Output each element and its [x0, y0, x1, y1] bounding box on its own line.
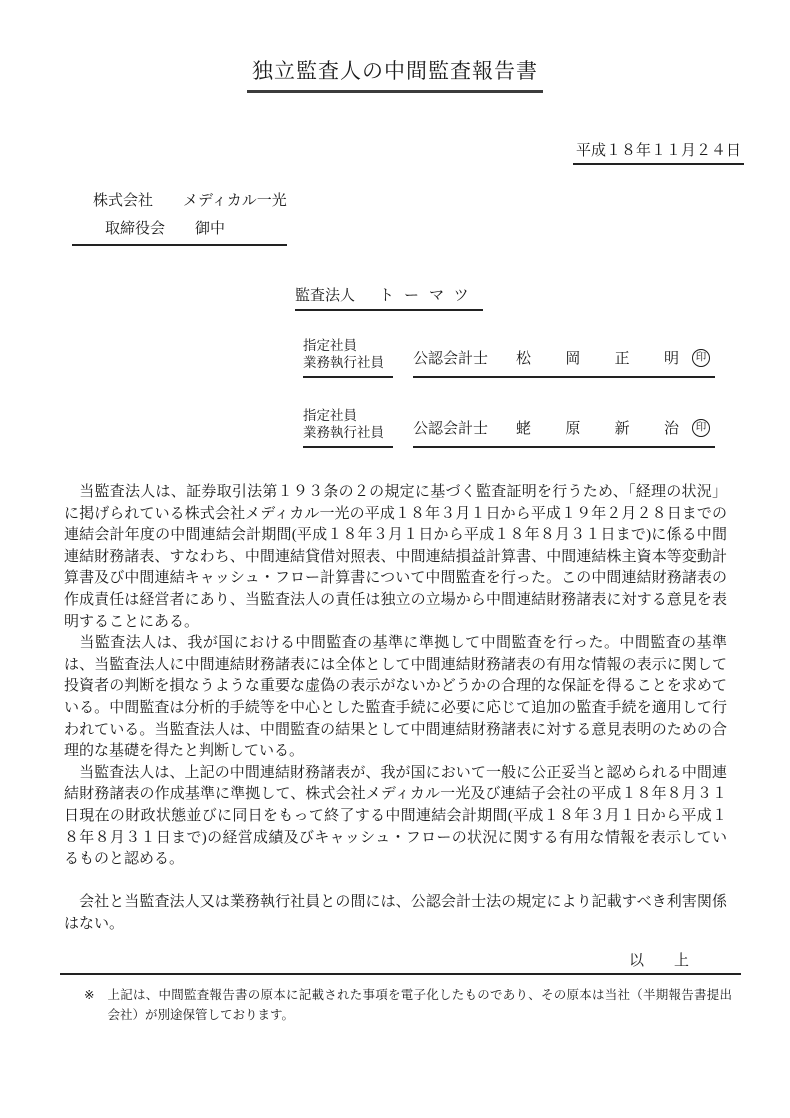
body-paragraph-3: 当監査法人は、上記の中間連結財務諸表が、我が国において一般に公正妥当と認められる…: [64, 763, 727, 871]
addressee-company: 株式会社 メディカル一光: [72, 189, 287, 210]
name-char: 原: [565, 417, 580, 438]
body-paragraph-2: 当監査法人は、我が国における中間監査の基準に準拠して中間監査を行った。中間監査の…: [64, 633, 727, 763]
signatory-role-line2: 業務執行社員: [303, 424, 393, 441]
signatory-role-line2: 業務執行社員: [303, 354, 393, 371]
title-container: 独立監査人の中間監査報告書: [0, 0, 790, 93]
audit-firm-label: 監査法人: [295, 288, 355, 304]
name-char: 正: [615, 347, 630, 368]
addressee-recipient: 取締役会 御中: [72, 217, 287, 238]
name-char: 明: [664, 347, 679, 368]
report-title: 独立監査人の中間監査報告書: [247, 55, 543, 93]
report-body: 当監査法人は、証券取引法第１９３条の２の規定に基づく監査証明を行うため、「経理の…: [64, 482, 727, 935]
audit-firm-container: 監査法人トーマツ: [295, 284, 790, 311]
name-char: 松: [516, 347, 531, 368]
footnote-text: 上記は、中間監査報告書の原本に記載された事項を電子化したものであり、その原本は当…: [107, 986, 732, 1025]
body-paragraph-4: 会社と当監査法人又は業務執行社員との間には、公認会計士法の規定により記載すべき利…: [64, 892, 727, 935]
signatory-name: 松 岡 正 明: [516, 347, 679, 368]
signatory-role: 指定社員 業務執行社員: [303, 407, 393, 448]
audit-firm-line: 監査法人トーマツ: [295, 284, 483, 311]
audit-report-page: 独立監査人の中間監査報告書 平成１８年１１月２４日 株式会社 メディカル一光 取…: [0, 0, 790, 1118]
signatory-role: 指定社員 業務執行社員: [303, 337, 393, 378]
name-char: 新: [615, 417, 630, 438]
footnote: ※ 上記は、中間監査報告書の原本に記載された事項を電子化したものであり、その原本…: [84, 986, 732, 1025]
signatory-title: 公認会計士: [413, 417, 488, 438]
seal-stamp-icon: 印: [692, 349, 710, 367]
signatory-signature-line: 公認会計士 松 岡 正 明 印: [413, 347, 715, 378]
signatory-role-line1: 指定社員: [303, 407, 393, 424]
audit-firm-name: トーマツ: [379, 288, 479, 304]
signatory-signature-line: 公認会計士 蛯 原 新 治 印: [413, 417, 715, 448]
addressee-block: 株式会社 メディカル一光 取締役会 御中: [72, 189, 287, 246]
signatory-role-line1: 指定社員: [303, 337, 393, 354]
signature-row: 指定社員 業務執行社員 公認会計士 蛯 原 新 治 印: [303, 407, 790, 448]
footnote-marker: ※: [84, 986, 94, 1025]
body-paragraph-1: 当監査法人は、証券取引法第１９３条の２の規定に基づく監査証明を行うため、「経理の…: [64, 482, 727, 633]
closing-text: 以 上: [629, 953, 689, 969]
signature-row: 指定社員 業務執行社員 公認会計士 松 岡 正 明 印: [303, 337, 790, 378]
seal-stamp-icon: 印: [692, 419, 710, 437]
name-char: 蛯: [516, 417, 531, 438]
signatory-title: 公認会計士: [413, 347, 488, 368]
report-date: 平成１８年１１月２４日: [573, 139, 744, 165]
closing-line: 以 上: [60, 949, 741, 975]
signatory-name: 蛯 原 新 治: [516, 417, 679, 438]
name-char: 岡: [565, 347, 580, 368]
date-container: 平成１８年１１月２４日: [0, 139, 790, 165]
name-char: 治: [664, 417, 679, 438]
